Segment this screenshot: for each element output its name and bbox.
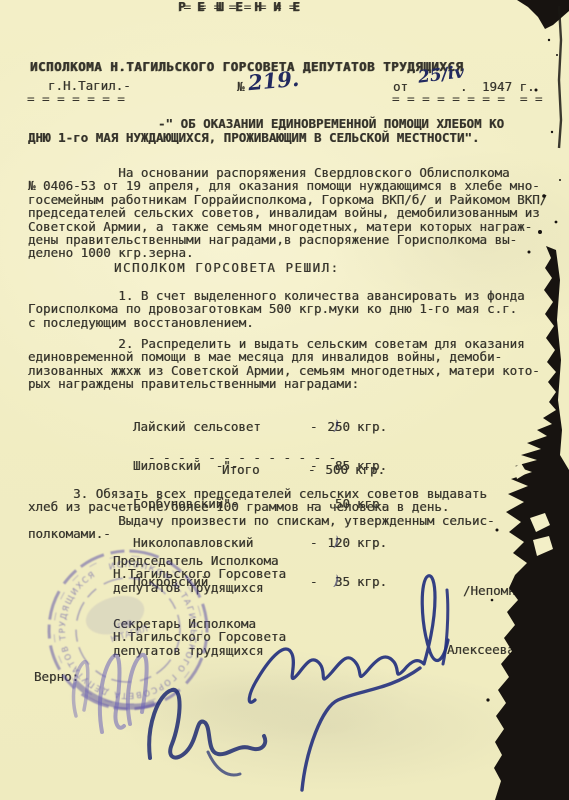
number-label: №: [237, 80, 245, 93]
preamble-paragraph: На основании распоряжения Свердловского …: [28, 166, 547, 260]
allocation-value: 250: [324, 421, 350, 433]
point-2: 2. Распределить и выдать сельским совета…: [28, 337, 540, 391]
allocation-value: 35: [324, 576, 350, 588]
allocation-name: Лайский сельсовет: [133, 421, 310, 433]
total-unit: кгр.: [355, 463, 385, 476]
signature-1-title: Председатель Исполкома Н.Тагильского Гор…: [113, 554, 286, 594]
point-1: 1. В счет выделенного количества авансир…: [28, 289, 525, 329]
resolved-heading: ИСПОЛКОМ ГОРСОВЕТА РЕШИЛ:: [114, 261, 340, 274]
signature-1-name: /Непомнящ: [463, 584, 531, 597]
handwritten-number: 219.: [247, 66, 300, 95]
allocation-unit: кгр.: [357, 576, 387, 588]
stamp-heavy-arc: [75, 661, 155, 724]
verno-label: Верно:: [34, 670, 79, 683]
handwritten-date: 25/iv: [417, 62, 465, 87]
allocation-row: Лайский сельсовет-250кгр.: [133, 421, 387, 433]
torn-edge-line: [559, 6, 561, 148]
allocation-unit: кгр.: [357, 421, 387, 433]
document-kind-underline: = = = = = = = =: [0, 0, 480, 13]
total-dash: -: [308, 463, 322, 476]
scanned-decision-document: Р Е Ш Е Н И Е = = = = = = = = ИСПОЛКОМА …: [0, 0, 569, 800]
verno-signature-dark-tail: [208, 752, 240, 775]
verno-signature-dark: [149, 690, 265, 758]
allocation-dash: -: [310, 576, 324, 588]
total-label: Итого: [222, 463, 308, 476]
subject-line-1: -" ОБ ОКАЗАНИИ ЕДИНОВРЕМЕННОЙ ПОМОЩИ ХЛЕ…: [158, 117, 504, 130]
point-3: 3. Обязать всех председателей сельских с…: [28, 487, 495, 541]
signature-2-name: Алексеева,: [447, 643, 522, 656]
tear-white-patch: [514, 463, 527, 479]
torn-corner-top-right: [517, 0, 569, 29]
year-underline: = = = = = = = = = =: [392, 92, 543, 105]
place-underline: = = = = = = =: [27, 92, 125, 105]
tear-white-patch: [533, 536, 553, 556]
allocation-dash: -: [310, 421, 324, 433]
total-row: Итого-500кгр.: [222, 463, 385, 476]
subject-line-2: ДНЮ 1-го МАЯ НУЖДАЮЩИХСЯ, ПРОЖИВАЮЩИМ В …: [28, 131, 480, 144]
total-value: 500: [322, 463, 348, 476]
signature-2-title: Секретарь Исполкома Н.Тагильского Горсов…: [113, 617, 286, 657]
verno-signature-faded: [100, 655, 147, 732]
tear-white-patch: [530, 513, 550, 532]
secretary-signature-tail: [302, 668, 420, 790]
